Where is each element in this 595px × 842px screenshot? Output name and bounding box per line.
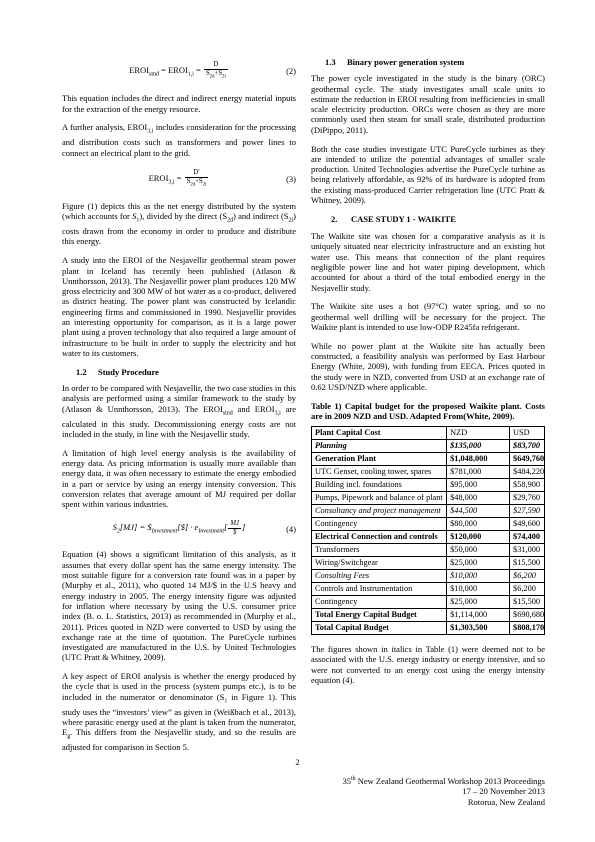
cost-value-nzd: $48,000: [447, 492, 510, 505]
table-row: Controls and Instrumentation$10,000$6,20…: [312, 583, 545, 596]
heading-title: CASE STUDY 1 - WAIKITE: [351, 214, 456, 224]
paragraph: Figure (1) depicts this as the net energ…: [62, 201, 296, 247]
cost-item-label: Consultancy and project management: [312, 505, 447, 518]
equation: S2[MJ] = $Investment[$] · eInvestment[MJ…: [62, 518, 296, 539]
cost-item-label: Total Energy Capital Budget: [312, 609, 447, 622]
cost-value-usd: USD: [510, 427, 545, 440]
subsection-heading: 1.2Study Procedure: [76, 367, 296, 377]
cost-item-label: Contingency: [312, 518, 447, 531]
cost-value-nzd: $25,000: [447, 596, 510, 609]
paragraph: Equation (4) shows a significant limitat…: [62, 549, 296, 662]
cost-value-nzd: $50,000: [447, 544, 510, 557]
cost-value-nzd: $10,000: [447, 570, 510, 583]
table-row: Consulting Fees$10,000$6,200: [312, 570, 545, 583]
cost-item-label: Total Capital Budget: [312, 622, 447, 635]
table-row: Planning$135,000$83,700: [312, 440, 545, 453]
cost-item-label: UTC Genset, cooling tower, spares: [312, 466, 447, 479]
cost-item-label: Contingency: [312, 596, 447, 609]
cost-value-usd: $484,220: [510, 466, 545, 479]
cost-item-label: Transformers: [312, 544, 447, 557]
table-row: Contingency$80,000$49,600: [312, 518, 545, 531]
equation-body: EROI3,i = D′S2d+S2i: [149, 173, 210, 183]
cost-value-usd: $31,000: [510, 544, 545, 557]
footer-proceedings-line: 35th New Zealand Geothermal Workshop 201…: [225, 774, 545, 786]
cost-value-nzd: $44,500: [447, 505, 510, 518]
cost-value-usd: $15,500: [510, 557, 545, 570]
paragraph: The Waikite site uses a hot (97°C) water…: [311, 301, 545, 332]
heading-number: 2.: [331, 214, 351, 224]
table-row: Electrical Connection and controls$120,0…: [312, 531, 545, 544]
equation-number: (2): [286, 66, 296, 76]
cost-value-usd: $58,900: [510, 479, 545, 492]
cost-value-nzd: $10,000: [447, 583, 510, 596]
table-row: UTC Genset, cooling tower, spares$781,00…: [312, 466, 545, 479]
cost-value-nzd: $25,000: [447, 557, 510, 570]
right-column: 1.3Binary power generation systemThe pow…: [311, 56, 545, 694]
cost-value-usd: $649,760: [510, 453, 545, 466]
cost-value-usd: $6,200: [510, 570, 545, 583]
paragraph: This equation includes the direct and in…: [62, 93, 296, 114]
cost-value-nzd: $1,114,000: [447, 609, 510, 622]
equation-number: (3): [286, 174, 296, 184]
cost-item-label: Electrical Connection and controls: [312, 531, 447, 544]
cost-item-label: Consulting Fees: [312, 570, 447, 583]
cost-value-nzd: $1,303,500: [447, 622, 510, 635]
cost-value-usd: $49,600: [510, 518, 545, 531]
cost-item-label: Building incl. foundations: [312, 479, 447, 492]
cost-value-nzd: NZD: [447, 427, 510, 440]
cost-value-nzd: $80,000: [447, 518, 510, 531]
heading-number: 1.2: [76, 367, 98, 377]
table-caption: Table 1) Capital budget for the proposed…: [311, 401, 545, 422]
paper-page: EROIstnd = EROI1,i = DS2d+S2i(2)This equ…: [0, 0, 595, 842]
subsection-heading: 1.3Binary power generation system: [325, 57, 545, 67]
heading-number: 1.3: [325, 57, 347, 67]
paragraph: A study into the EROI of the Nesjavellir…: [62, 255, 296, 358]
equation-body: S2[MJ] = $Investment[$] · eInvestment[MJ…: [113, 522, 246, 532]
table-row: Building incl. foundations$95,000$58,900: [312, 479, 545, 492]
table-row: Plant Capital CostNZDUSD: [312, 427, 545, 440]
table-row: Contingency$25,000$15,500: [312, 596, 545, 609]
equation-body: EROIstnd = EROI1,i = DS2d+S2i: [129, 65, 229, 75]
heading-title: Study Procedure: [98, 367, 159, 377]
equation-number: (4): [286, 524, 296, 534]
equation: EROI3,i = D′S2d+S2i(3): [62, 167, 296, 191]
footer-location-line: Rotorua, New Zealand: [225, 797, 545, 808]
cost-value-usd: $29,760: [510, 492, 545, 505]
cost-item-label: Pumps, Pipework and balance of plant: [312, 492, 447, 505]
cost-value-nzd: $1,048,000: [447, 453, 510, 466]
cost-value-nzd: $135,000: [447, 440, 510, 453]
left-column: EROIstnd = EROI1,i = DS2d+S2i(2)This equ…: [62, 56, 296, 761]
paragraph: A key aspect of EROI analysis is whether…: [62, 671, 296, 752]
footer-date-line: 17 – 20 November 2013: [225, 786, 545, 797]
cost-value-usd: $74,400: [510, 531, 545, 544]
cost-value-nzd: $120,000: [447, 531, 510, 544]
cost-value-usd: $15,500: [510, 596, 545, 609]
cost-value-usd: $808,170: [510, 622, 545, 635]
cost-value-usd: $83,700: [510, 440, 545, 453]
cost-value-usd: $6,200: [510, 583, 545, 596]
footer: 35th New Zealand Geothermal Workshop 201…: [225, 774, 545, 808]
capital-budget-table: Plant Capital CostNZDUSDPlanning$135,000…: [311, 426, 545, 635]
table-row: Pumps, Pipework and balance of plant$48,…: [312, 492, 545, 505]
table-row: Wiring/Switchgear$25,000$15,500: [312, 557, 545, 570]
paragraph: A further analysis, EROI3,i includes con…: [62, 122, 296, 158]
cost-value-usd: $27,590: [510, 505, 545, 518]
paragraph: The figures shown in italics in Table (1…: [311, 644, 545, 685]
cost-item-label: Generation Plant: [312, 453, 447, 466]
heading-title: Binary power generation system: [347, 57, 464, 67]
table-row: Total Capital Budget$1,303,500$808,170: [312, 622, 545, 635]
paragraph: The power cycle investigated in the stud…: [311, 73, 545, 135]
paragraph: In order to be compared with Nesjavellir…: [62, 383, 296, 439]
table-row: Transformers$50,000$31,000: [312, 544, 545, 557]
table-row: Consultancy and project management$44,50…: [312, 505, 545, 518]
paragraph: The Waikite site was chosen for a compar…: [311, 231, 545, 293]
cost-value-nzd: $781,000: [447, 466, 510, 479]
cost-item-label: Planning: [312, 440, 447, 453]
paragraph: While no power plant at the Waikite site…: [311, 341, 545, 392]
equation: EROIstnd = EROI1,i = DS2d+S2i(2): [62, 59, 296, 83]
table-row: Total Energy Capital Budget$1,114,000$69…: [312, 609, 545, 622]
page-number: 2: [0, 757, 595, 767]
cost-value-nzd: $95,000: [447, 479, 510, 492]
cost-value-usd: $690,680: [510, 609, 545, 622]
cost-item-label: Wiring/Switchgear: [312, 557, 447, 570]
table-row: Generation Plant$1,048,000$649,760: [312, 453, 545, 466]
paragraph: A limitation of high level energy analys…: [62, 448, 296, 510]
cost-item-label: Plant Capital Cost: [312, 427, 447, 440]
paragraph: Both the case studies investigate UTC Pu…: [311, 144, 545, 206]
cost-item-label: Controls and Instrumentation: [312, 583, 447, 596]
section-heading: 2.CASE STUDY 1 - WAIKITE: [331, 214, 545, 224]
